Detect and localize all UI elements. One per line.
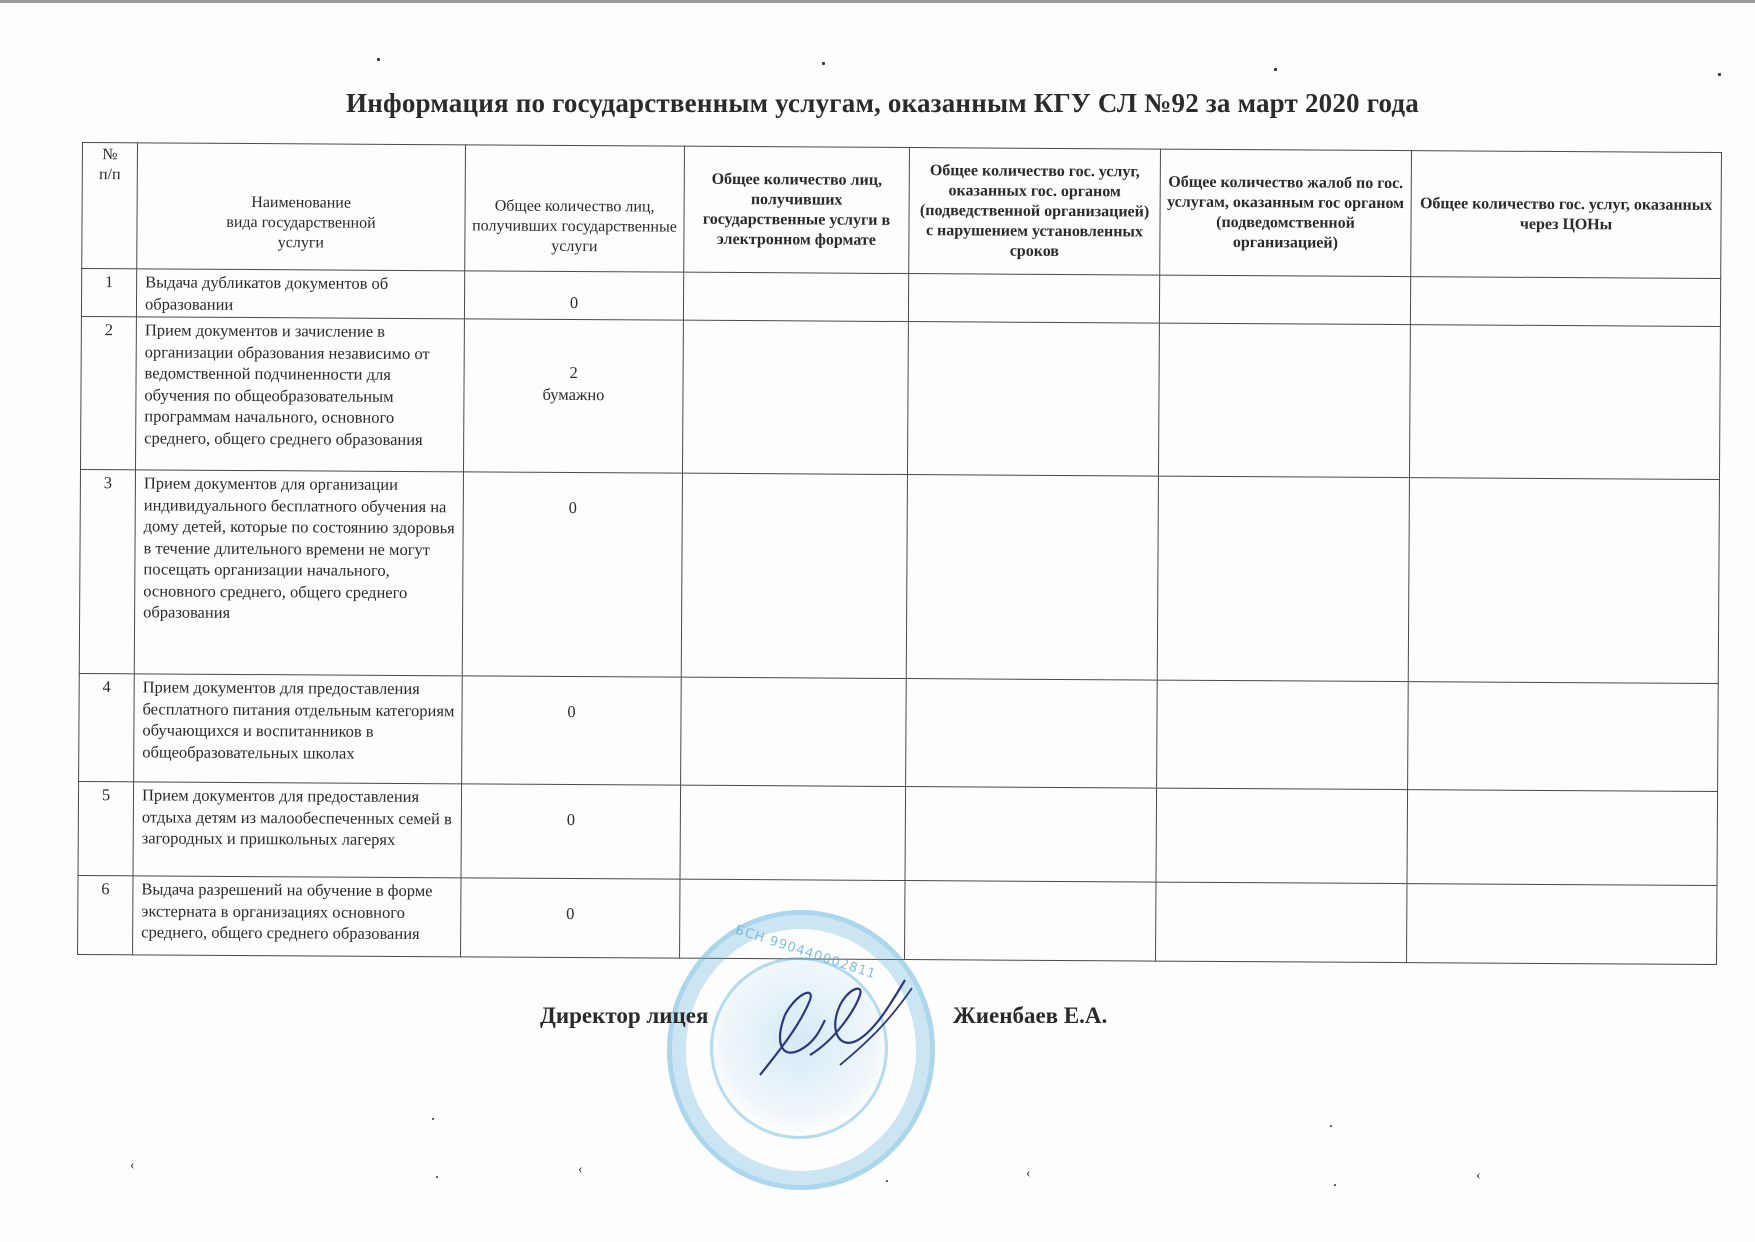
scan-mark: ‹ [578, 1162, 583, 1178]
violations-cell [907, 322, 1159, 477]
total-recipients-cell: 0 [461, 878, 680, 958]
services-table: № п/п Наименование вида государственной … [77, 142, 1722, 965]
header-via-con: Общее количество гос. услуг, оказанных ч… [1411, 151, 1722, 279]
service-name: Прием документов и зачисление в организа… [135, 317, 464, 472]
scan-speck [1330, 1125, 1332, 1127]
scan-mark: ‹ [130, 1158, 135, 1174]
table-header-row: № п/п Наименование вида государственной … [82, 143, 1722, 279]
total-count: 0 [462, 700, 680, 723]
row-number: 1 [81, 269, 136, 317]
service-name: Выдача дубликатов документов об образова… [136, 269, 464, 319]
header-complaints: Общее количество жалоб по гос. услугам, … [1160, 149, 1412, 277]
row-number: 2 [80, 316, 136, 469]
scan-speck [377, 58, 380, 61]
violations-cell [908, 274, 1159, 324]
scan-speck [886, 1180, 888, 1182]
table-row: 3Прием документов для организации индиви… [79, 469, 1719, 683]
via-con-cell [1409, 325, 1720, 480]
row-number: 5 [78, 781, 134, 875]
row-number: 4 [79, 673, 135, 781]
scan-speck [822, 62, 825, 65]
scan-speck [1718, 73, 1721, 76]
service-name: Выдача разрешений на обучение в форме эк… [133, 876, 461, 957]
complaints-cell [1156, 882, 1407, 963]
header-number-line: п/п [89, 165, 131, 185]
via-con-cell [1408, 478, 1719, 684]
header-number: № п/п [82, 143, 138, 269]
total-recipients-value: 0 [462, 676, 680, 723]
scan-mark: ‹ [1476, 1168, 1481, 1184]
electronic-recipients-cell [683, 272, 908, 321]
complaints-cell [1158, 323, 1410, 478]
header-violations: Общее количество гос. услуг, оказанных г… [909, 148, 1161, 276]
electronic-recipients-cell [682, 320, 908, 474]
scan-speck [1334, 1184, 1336, 1186]
complaints-cell [1157, 476, 1409, 682]
table-row: 4Прием документов для предоставления бес… [79, 673, 1719, 791]
total-recipients-value: 0 [465, 271, 683, 314]
scan-speck [1274, 68, 1277, 71]
signatory-position: Директор лицея [540, 1003, 708, 1029]
service-name: Прием документов для предоставления бесп… [134, 674, 463, 784]
electronic-recipients-cell [681, 677, 907, 786]
total-note: бумажно [464, 383, 682, 406]
scan-speck [432, 1118, 434, 1120]
via-con-cell [1407, 884, 1717, 965]
violations-cell [906, 679, 1158, 789]
total-recipients-value: 0 [464, 472, 682, 519]
violations-cell [905, 787, 1157, 883]
total-recipients-cell: 0 [462, 676, 682, 785]
header-total-recipients: Общее количество лиц, получивших государ… [465, 145, 685, 272]
header-name-line: Наименование [144, 192, 459, 214]
table-row: 5Прием документов для предоставления отд… [78, 781, 1718, 885]
table-row: 2Прием документов и зачисление в организ… [80, 316, 1720, 479]
total-recipients-value: 2бумажно [464, 319, 683, 405]
row-number: 6 [78, 875, 133, 954]
via-con-cell [1407, 790, 1718, 886]
header-electronic-recipients: Общее количество лиц, получивших государ… [684, 146, 910, 273]
table-row: 6Выдача разрешений на обучение в форме э… [78, 875, 1717, 964]
service-name: Прием документов для предоставления отды… [133, 782, 462, 878]
signatory-name: Жиенбаев Е.А. [953, 1003, 1107, 1029]
total-count: 0 [462, 808, 680, 831]
total-recipients-cell: 0 [464, 271, 683, 320]
scan-speck [436, 1176, 438, 1178]
complaints-cell [1157, 680, 1409, 790]
electronic-recipients-cell [681, 473, 907, 678]
header-name-line: услуги [143, 232, 458, 254]
total-count: 0 [461, 902, 679, 925]
total-recipients-cell: 2бумажно [463, 319, 683, 473]
scan-top-edge [0, 0, 1755, 3]
via-con-cell [1408, 682, 1719, 792]
total-count: 0 [465, 291, 683, 314]
total-recipients-cell: 0 [462, 472, 682, 677]
header-service-name: Наименование вида государственной услуги [137, 143, 466, 271]
row-number: 3 [79, 469, 135, 673]
scan-mark: ‹ [1026, 1166, 1031, 1182]
via-con-cell [1410, 277, 1720, 327]
violations-cell [906, 475, 1158, 681]
handwritten-signature-icon [740, 970, 930, 1090]
document-title: Информация по государственным услугам, о… [0, 88, 1755, 119]
total-recipients-value: 0 [461, 878, 679, 925]
electronic-recipients-cell [680, 785, 906, 880]
total-count: 0 [464, 496, 682, 519]
header-name-line: вида государственной [143, 212, 458, 234]
complaints-cell [1156, 788, 1408, 884]
complaints-cell [1159, 275, 1410, 325]
violations-cell [905, 881, 1156, 962]
total-recipients-value: 0 [462, 784, 680, 831]
header-number-line: № [89, 145, 131, 165]
total-recipients-cell: 0 [461, 784, 681, 879]
service-name: Прием документов для организации индивид… [134, 470, 463, 676]
total-count: 2 [465, 361, 683, 384]
